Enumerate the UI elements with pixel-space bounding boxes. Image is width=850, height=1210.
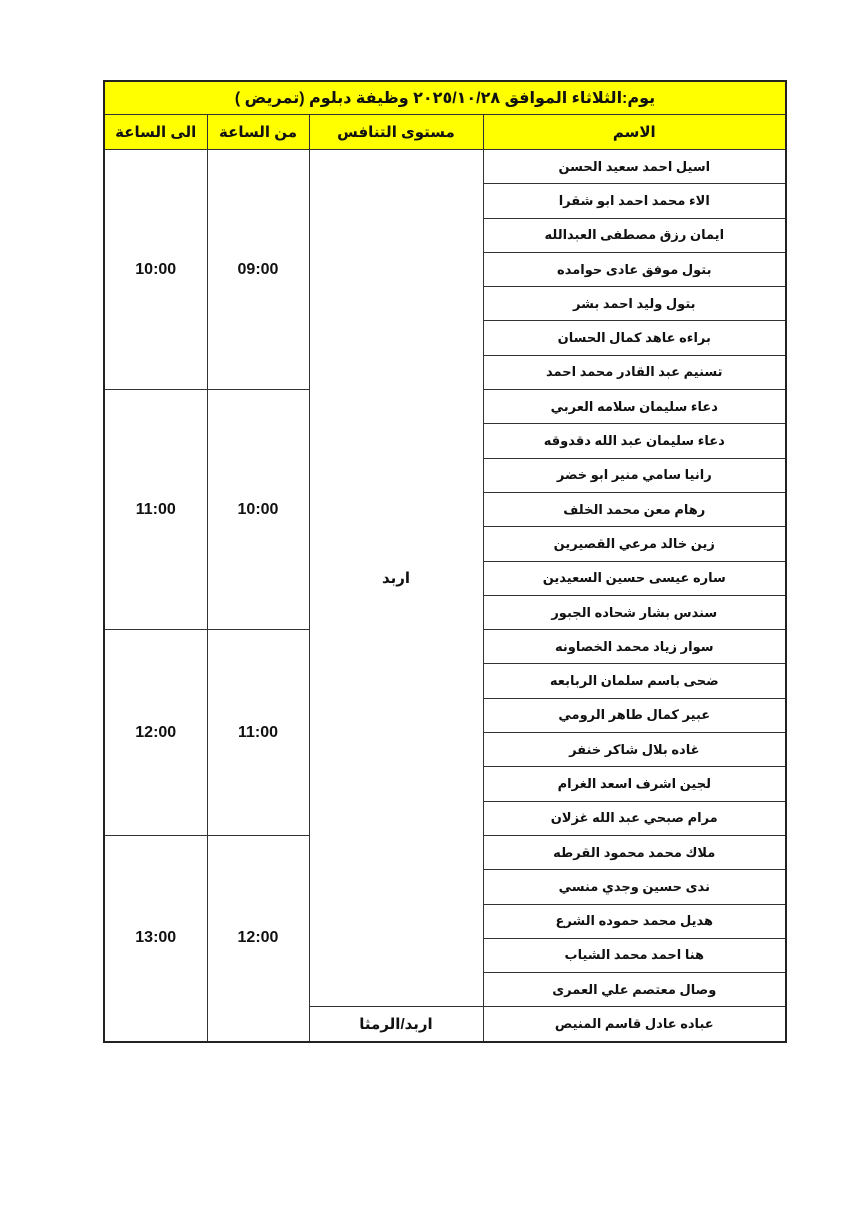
- schedule-table: يوم:الثلاثاء الموافق ٢٠٢٥/١٠/٢٨ وظيفة دب…: [103, 80, 787, 1043]
- page-title: يوم:الثلاثاء الموافق ٢٠٢٥/١٠/٢٨ وظيفة دب…: [104, 81, 786, 115]
- name-cell: عباده عادل قاسم المنيص: [483, 1007, 786, 1042]
- from-time-cell: 09:00: [207, 150, 309, 390]
- name-cell: اسيل احمد سعيد الحسن: [483, 150, 786, 184]
- column-header-to-time: الى الساعة: [104, 115, 207, 150]
- name-cell: رانيا سامي منير ابو خضر: [483, 458, 786, 492]
- name-cell: رهام معن محمد الخلف: [483, 492, 786, 526]
- name-cell: ندى حسين وجدي منسي: [483, 870, 786, 904]
- name-cell: ملاك محمد محمود القرطه: [483, 835, 786, 869]
- to-time-cell: 13:00: [104, 835, 207, 1041]
- level-cell: اربد: [309, 150, 483, 1007]
- name-cell: هديل محمد حموده الشرع: [483, 904, 786, 938]
- name-cell: زين خالد مرعي القصيرين: [483, 527, 786, 561]
- from-time-cell: 11:00: [207, 630, 309, 836]
- name-cell: سندس بشار شحاده الجبور: [483, 595, 786, 629]
- name-cell: وصال معتصم علي العمرى: [483, 973, 786, 1007]
- name-cell: سوار زياد محمد الخصاونه: [483, 630, 786, 664]
- name-cell: ساره عيسى حسين السعيدين: [483, 561, 786, 595]
- to-time-cell: 12:00: [104, 630, 207, 836]
- name-cell: بتول وليد احمد بشر: [483, 287, 786, 321]
- to-time-cell: 10:00: [104, 150, 207, 390]
- name-cell: الاء محمد احمد ابو شقرا: [483, 184, 786, 218]
- column-header-name: الاسم: [483, 115, 786, 150]
- table-row: 10:0009:00اربداسيل احمد سعيد الحسن: [104, 150, 786, 184]
- name-cell: دعاء سليمان سلامه العربي: [483, 390, 786, 424]
- from-time-cell: 12:00: [207, 835, 309, 1041]
- name-cell: غاده بلال شاكر خنفر: [483, 733, 786, 767]
- column-header-level: مستوى التنافس: [309, 115, 483, 150]
- name-cell: بتول موفق عادى حوامده: [483, 252, 786, 286]
- to-time-cell: 11:00: [104, 390, 207, 630]
- name-cell: تسنيم عبد القادر محمد احمد: [483, 355, 786, 389]
- name-cell: دعاء سليمان عبد الله دقدوقه: [483, 424, 786, 458]
- title-row: يوم:الثلاثاء الموافق ٢٠٢٥/١٠/٢٨ وظيفة دب…: [104, 81, 786, 115]
- name-cell: عبير كمال طاهر الرومي: [483, 698, 786, 732]
- name-cell: مرام صبحي عبد الله غزلان: [483, 801, 786, 835]
- schedule-sheet: يوم:الثلاثاء الموافق ٢٠٢٥/١٠/٢٨ وظيفة دب…: [103, 80, 785, 1043]
- name-cell: لجين اشرف اسعد الغرام: [483, 767, 786, 801]
- name-cell: ضحى باسم سلمان الربابعه: [483, 664, 786, 698]
- name-cell: هنا احمد محمد الشياب: [483, 938, 786, 972]
- column-header-from-time: من الساعة: [207, 115, 309, 150]
- name-cell: براءه عاهد كمال الحسان: [483, 321, 786, 355]
- header-row: الى الساعة من الساعة مستوى التنافس الاسم: [104, 115, 786, 150]
- schedule-body: 10:0009:00اربداسيل احمد سعيد الحسنالاء م…: [104, 150, 786, 1042]
- level-cell: اربد/الرمثا: [309, 1007, 483, 1042]
- name-cell: ايمان رزق مصطفى العبدالله: [483, 218, 786, 252]
- from-time-cell: 10:00: [207, 390, 309, 630]
